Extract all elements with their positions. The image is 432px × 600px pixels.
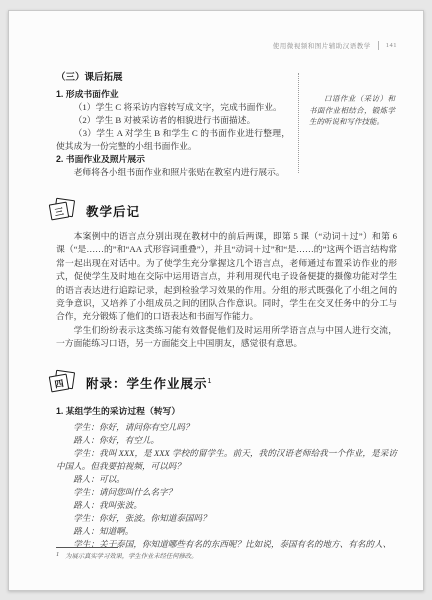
dialogue-line: 学生：你好，张波。你知道泰国吗？ bbox=[56, 512, 397, 525]
margin-note: 口语作业（采访）和书面作业相结合，锻炼学生的听说和写作技能。 bbox=[309, 93, 395, 128]
postscript-paragraph: 学生们纷纷表示这类练习能有效督促他们及时运用所学语言点与中国人进行交流，一方面能… bbox=[56, 324, 397, 351]
section-appendix-header: 四 附录：学生作业展示1 bbox=[50, 373, 397, 393]
postscript-paragraph: 本案例中的语言点分别出现在教材中的前后两课，即第 5 课（“动词＋过”）和第 6… bbox=[56, 230, 397, 324]
section-heading: （三）课后拓展 bbox=[56, 69, 290, 83]
footnote-area: 1 为展示真实学习效果，学生作业未经任何修改。 bbox=[56, 547, 397, 560]
appendix-title-text: 附录：学生作业展示 bbox=[86, 377, 208, 391]
section-title: 教学后记 bbox=[86, 202, 140, 220]
dialogue-line: 路人：可以。 bbox=[56, 473, 397, 486]
dialogue-line: 学生：我叫 XXX，是 XXX 学校的留学生。前天，我的汉语老师给我一个作业，是… bbox=[56, 447, 397, 473]
list-item: （1）学生 C 将采访内容转写成文字，完成书面作业。 bbox=[56, 101, 290, 114]
running-header-title: 使用微视频和图片辅助汉语教学 bbox=[273, 41, 371, 50]
section-main-column: （三）课后拓展 1. 形成书面作业 （1）学生 C 将采访内容转写成文字，完成书… bbox=[56, 69, 290, 179]
card-numeral: 四 bbox=[49, 373, 70, 392]
subsection-body: 老师将各小组书面作业和照片张贴在教室内进行展示。 bbox=[56, 166, 290, 179]
card-numeral: 三 bbox=[49, 202, 70, 221]
section-course-extension: （三）课后拓展 1. 形成书面作业 （1）学生 C 将采访内容转写成文字，完成书… bbox=[56, 69, 397, 179]
header-divider bbox=[378, 41, 379, 50]
book-page: 使用微视频和图片辅助汉语教学 141 （三）课后拓展 1. 形成书面作业 （1）… bbox=[8, 10, 424, 591]
section-number-card-icon: 四 bbox=[50, 373, 74, 393]
list-item: （3）学生 A 对学生 B 和学生 C 的书面作业进行整理，使其成为一份完整的小… bbox=[56, 127, 290, 153]
dialogue-line: 学生：你好，请问你有空儿吗？ bbox=[56, 421, 397, 434]
footnote-text: 为展示真实学习效果，学生作业未经任何修改。 bbox=[65, 551, 197, 560]
footnote-reference: 1 bbox=[208, 378, 212, 385]
dialogue-line: 路人：知道啊。 bbox=[56, 525, 397, 538]
subsection-title: 1. 形成书面作业 bbox=[56, 88, 290, 101]
footnote: 1 为展示真实学习效果，学生作业未经任何修改。 bbox=[56, 551, 397, 560]
section-title: 附录：学生作业展示1 bbox=[86, 374, 211, 392]
footnote-rule bbox=[56, 547, 118, 548]
subsection-title: 2. 书面作业及照片展示 bbox=[56, 153, 290, 166]
footnote-marker: 1 bbox=[56, 551, 59, 560]
section-teaching-postscript-header: 三 教学后记 bbox=[50, 201, 397, 221]
dialogue-line: 学生：请问您叫什么名字？ bbox=[56, 486, 397, 499]
list-item: （2）学生 B 对被采访者的相貌进行书面描述。 bbox=[56, 114, 290, 127]
appendix-subtitle: 1. 某组学生的采访过程（转写） bbox=[56, 405, 397, 418]
running-header: 使用微视频和图片辅助汉语教学 141 bbox=[56, 39, 397, 51]
section-number-card-icon: 三 bbox=[50, 201, 74, 221]
dialogue-line: 路人：我叫张波。 bbox=[56, 499, 397, 512]
margin-note-column: 口语作业（采访）和书面作业相结合，锻炼学生的听说和写作技能。 bbox=[299, 69, 397, 179]
page-number: 141 bbox=[386, 42, 397, 49]
dialogue-line: 路人：你好，有空儿。 bbox=[56, 434, 397, 447]
